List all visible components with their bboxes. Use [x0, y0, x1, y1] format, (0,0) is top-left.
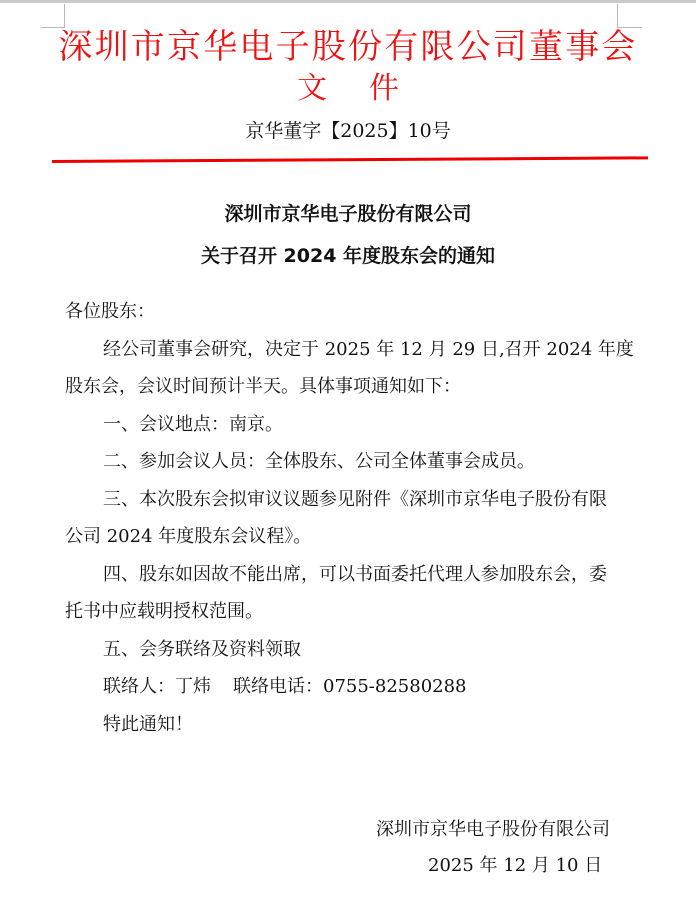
item-proxy-line-2: 托书中应载明授权范围。	[65, 593, 617, 631]
item-attendees: 二、参加会议人员：全体股东、公司全体董事会成员。	[65, 443, 617, 481]
document-label-char-1: 文	[297, 71, 327, 106]
notice-body: 各位股东： 经公司董事会研究，决定于 2025 年 12 月 29 日,召开 2…	[65, 293, 617, 743]
contact-phone: 联络电话：0755-82580288	[233, 676, 467, 697]
issuing-organization-title: 深圳市京华电子股份有限公司董事会	[0, 27, 696, 67]
item-agenda-line-1: 三、本次股东会拟审议议题参见附件《深圳市京华电子股份有限	[65, 481, 617, 519]
item-proxy-line-1: 四、股东如因故不能出席，可以书面委托代理人参加股东会，委	[65, 556, 617, 594]
window-top-border	[0, 0, 696, 3]
document-number: 京华董字【2025】10号	[0, 117, 696, 145]
salutation: 各位股东：	[65, 293, 617, 331]
margin-corner-mark-right	[617, 4, 642, 28]
contact-person: 联络人：丁炜	[103, 676, 211, 697]
red-header-divider	[52, 156, 648, 163]
margin-corner-mark-left	[41, 4, 65, 28]
item-meeting-location: 一、会议地点：南京。	[65, 406, 617, 444]
document-label-char-2: 件	[369, 71, 399, 106]
signature-date: 2025 年 12 月 10 日	[428, 853, 602, 879]
paragraph-intro-line-2: 股东会，会议时间预计半天。具体事项通知如下：	[65, 368, 617, 406]
contact-line: 联络人：丁炜联络电话：0755-82580288	[65, 668, 617, 706]
notice-title-subject: 关于召开 2024 年度股东会的通知	[0, 243, 696, 269]
item-agenda-line-2: 公司 2024 年度股东会议程》。	[65, 518, 617, 556]
notice-title-company: 深圳市京华电子股份有限公司	[0, 201, 696, 227]
closing-remark: 特此通知！	[65, 706, 617, 744]
item-contact-heading: 五、会务联络及资料领取	[65, 631, 617, 669]
document-label: 文件	[0, 70, 696, 108]
signature-company: 深圳市京华电子股份有限公司	[376, 817, 610, 843]
paragraph-intro-line-1: 经公司董事会研究，决定于 2025 年 12 月 29 日,召开 2024 年度	[65, 331, 617, 369]
